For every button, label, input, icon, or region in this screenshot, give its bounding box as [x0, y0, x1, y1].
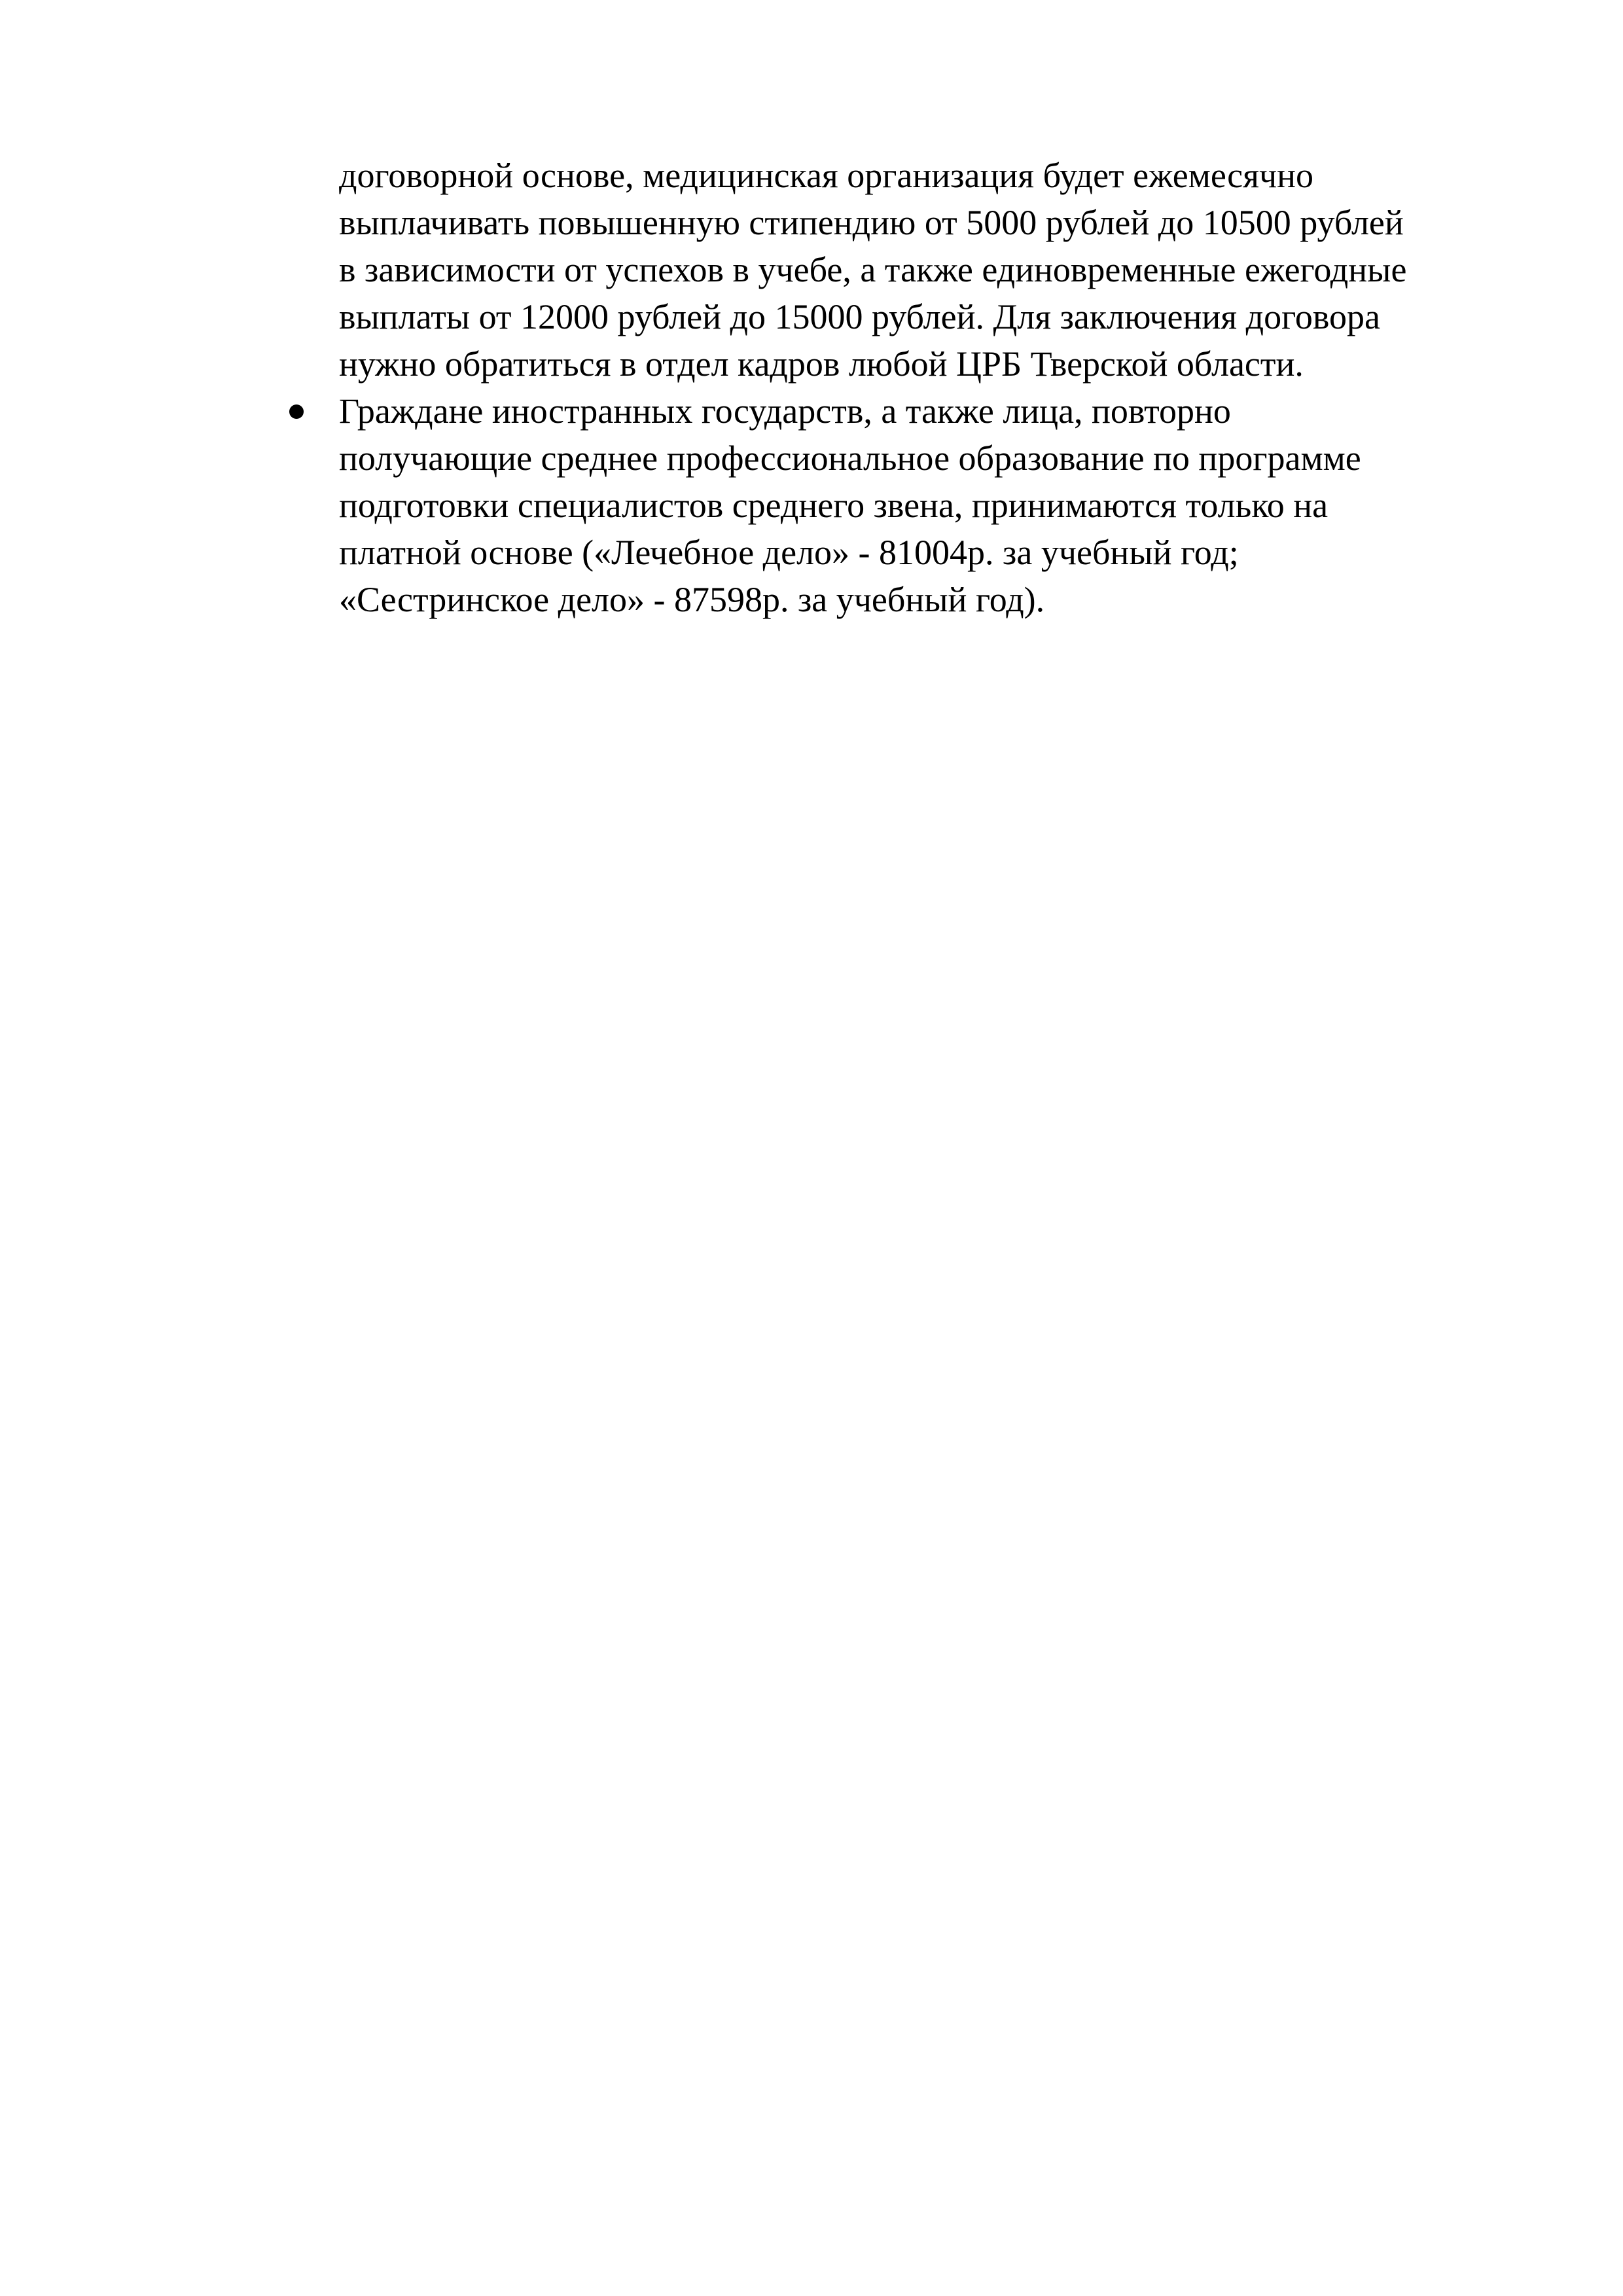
text-line: подготовки специалистов среднего звена, …	[339, 482, 1517, 529]
bullet-icon	[288, 387, 305, 435]
text-line: получающие среднее профессиональное обра…	[339, 435, 1517, 482]
text-line: выплачивать повышенную стипендию от 5000…	[339, 199, 1517, 246]
text-line: выплаты от 12000 рублей до 15000 рублей.…	[339, 293, 1517, 340]
document-page: договорной основе, медицинская организац…	[0, 0, 1623, 2296]
bullet-dot-icon	[289, 404, 304, 419]
text-line: Граждане иностранных государств, а также…	[339, 387, 1517, 435]
text-line: «Сестринское дело» - 87598р. за учебный …	[339, 576, 1517, 623]
document-body: договорной основе, медицинская организац…	[339, 152, 1517, 623]
bullet-list-item: Граждане иностранных государств, а также…	[339, 387, 1517, 623]
continued-paragraph: договорной основе, медицинская организац…	[339, 152, 1517, 387]
text-line: в зависимости от успехов в учебе, а такж…	[339, 246, 1517, 293]
text-line: нужно обратиться в отдел кадров любой ЦР…	[339, 340, 1517, 387]
text-line: договорной основе, медицинская организац…	[339, 152, 1517, 199]
text-line: платной основе («Лечебное дело» - 81004р…	[339, 529, 1517, 576]
